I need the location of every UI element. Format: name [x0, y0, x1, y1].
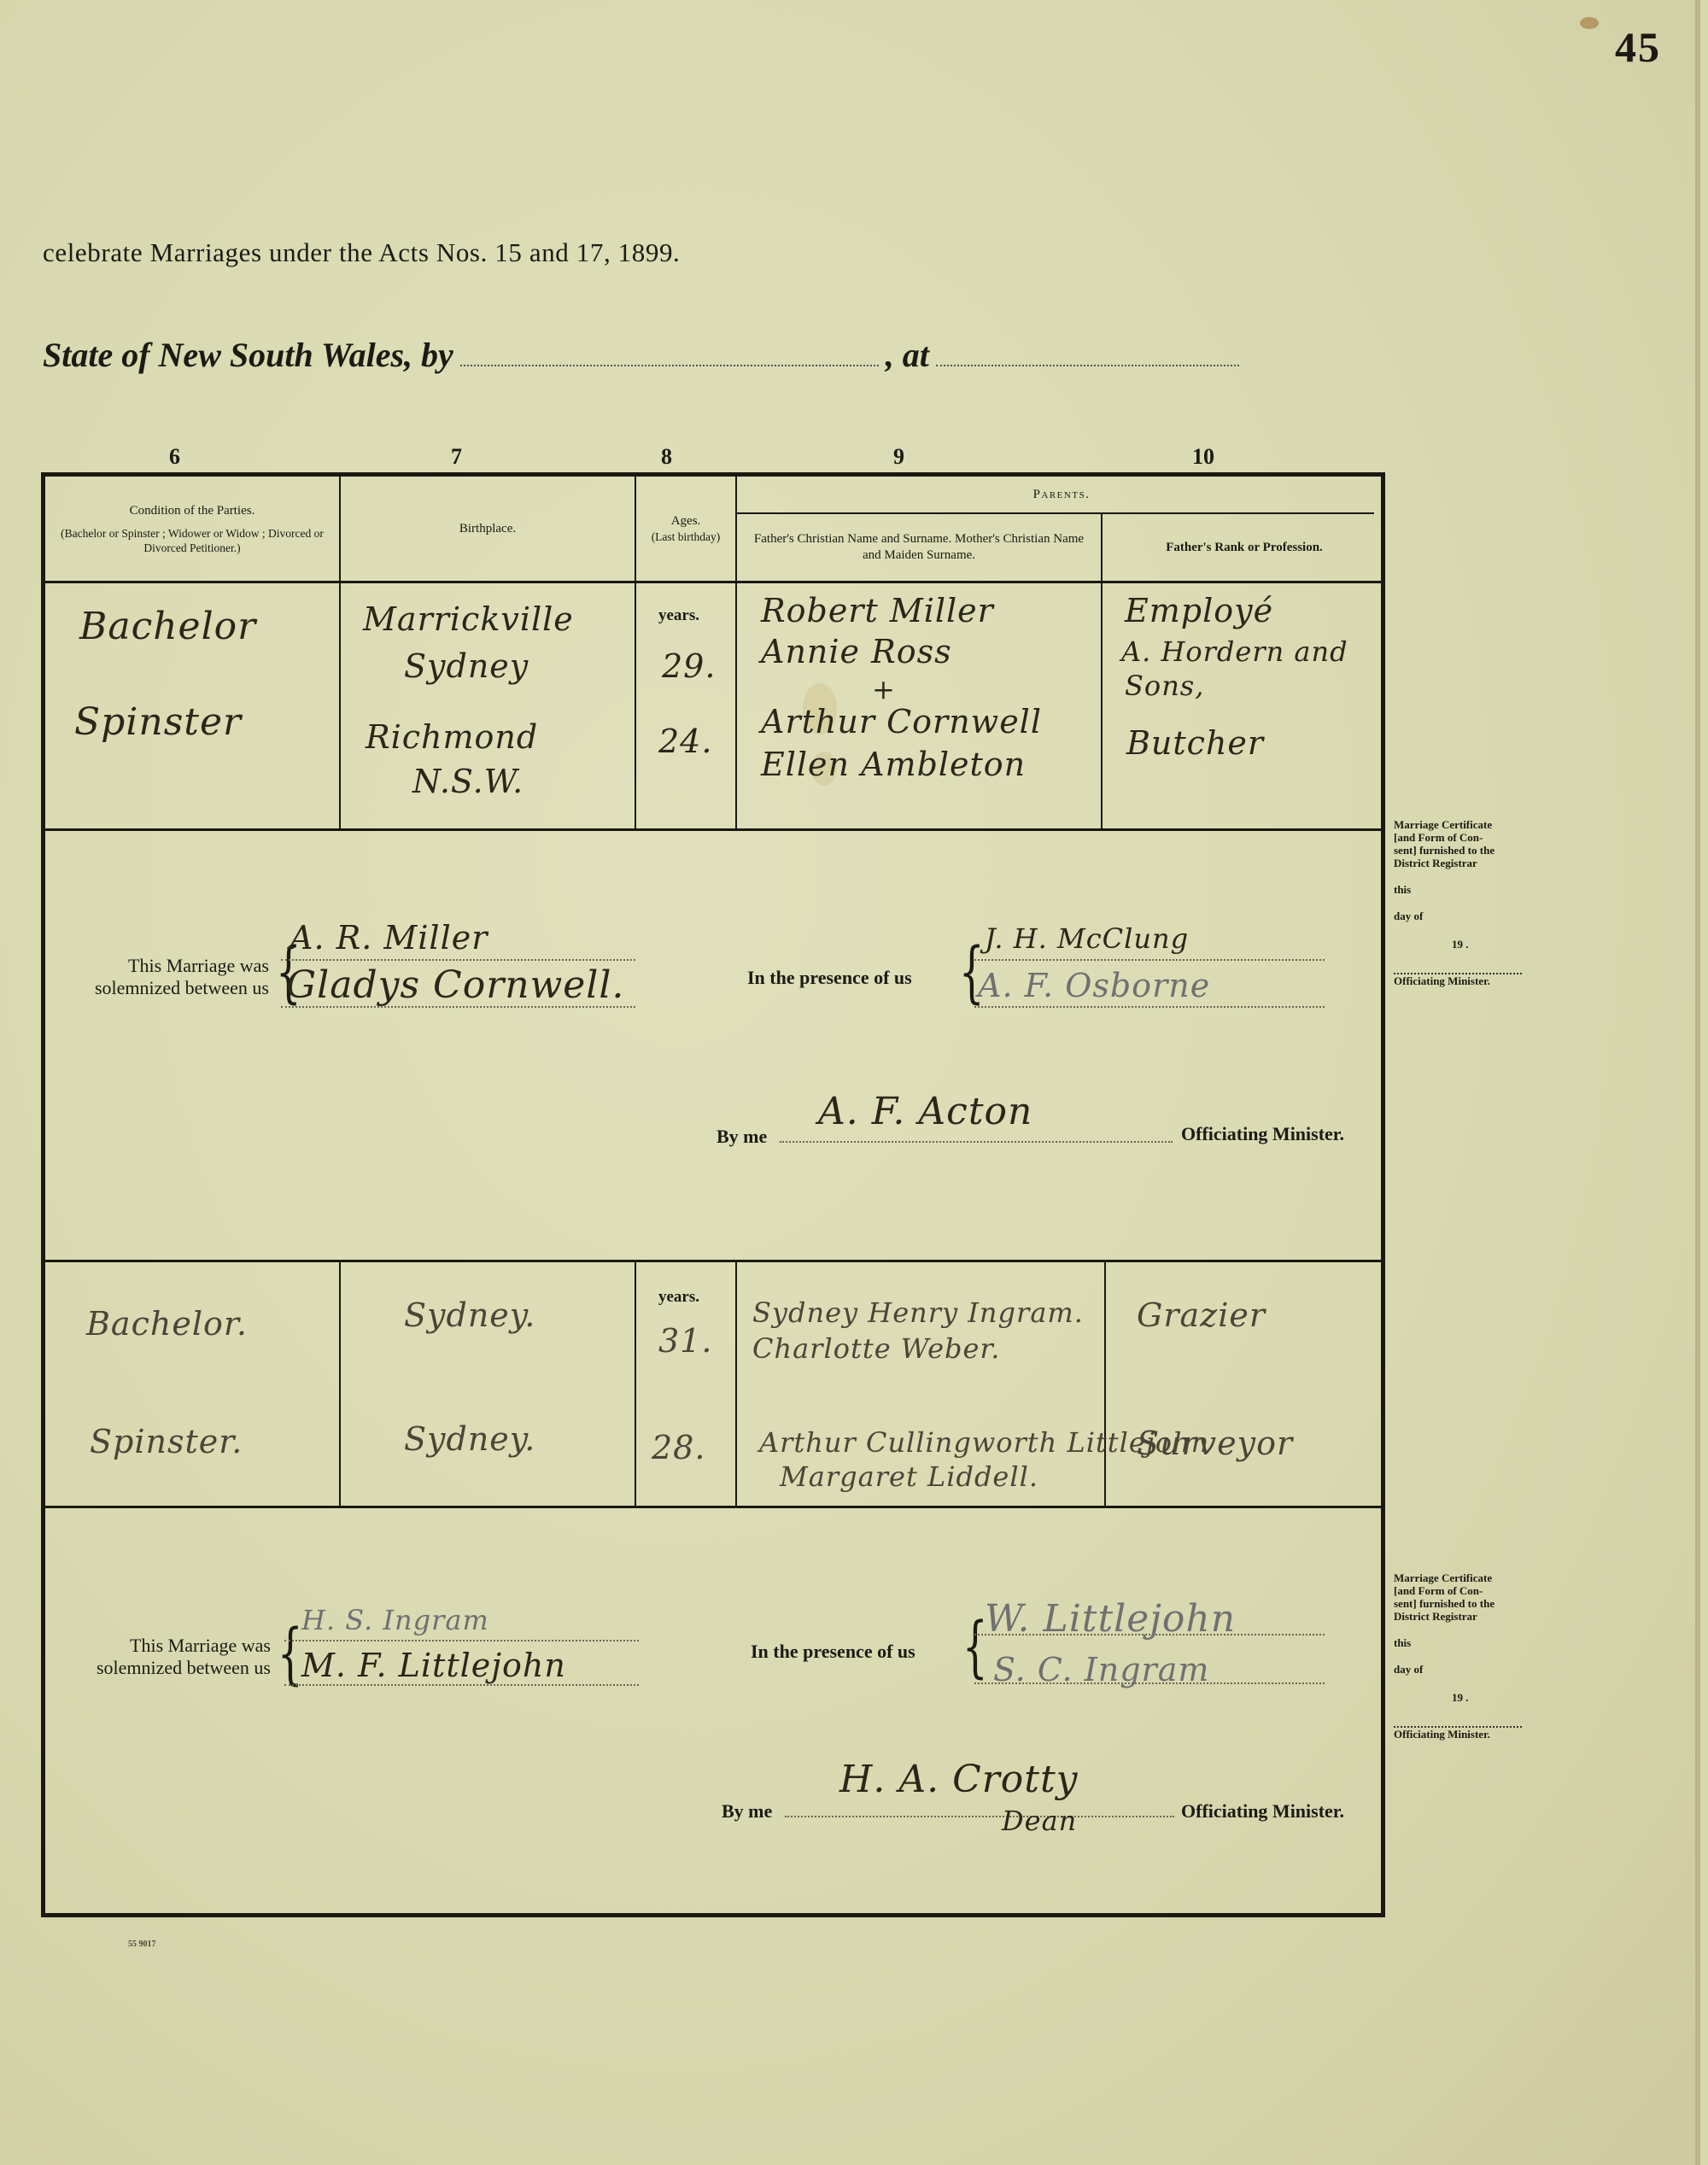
groom-birthplace-1: Marrickville — [363, 600, 574, 638]
solemnized-label: This Marriage was solemnized between us — [45, 955, 269, 999]
groom-condition: Bachelor. — [86, 1305, 248, 1343]
witness1-signature: J. H. McClung — [985, 922, 1189, 955]
bride-age: 24. — [658, 723, 712, 760]
groom-father-profession-3: Sons, — [1125, 670, 1204, 702]
header-father-profession: Father's Rank or Profession. — [1103, 514, 1386, 581]
condition-subtitle: (Bachelor or Spinster ; Widower or Widow… — [45, 526, 339, 555]
page-number: 45 — [1615, 22, 1661, 72]
marriage-register-table: Condition of the Parties. (Bachelor or S… — [41, 472, 1385, 1917]
column-number-6: 6 — [169, 444, 180, 470]
column-number-10: 10 — [1192, 444, 1214, 470]
margin-line: sent] furnished to the — [1394, 844, 1539, 857]
bride-birthplace-1: Richmond — [366, 718, 538, 756]
by-field[interactable] — [460, 341, 879, 366]
bride-signature-line[interactable] — [284, 1684, 639, 1686]
header-divider — [45, 581, 1381, 583]
minister-signature: H. A. Crotty — [839, 1758, 1079, 1801]
groom-mother: Charlotte Weber. — [752, 1332, 1000, 1365]
minister-signature-line[interactable] — [780, 1141, 1173, 1143]
presence-label: In the presence of us — [747, 967, 912, 989]
header-parents: Parents. — [737, 477, 1386, 512]
groom-signature: A. R. Miller — [290, 919, 488, 957]
minister-signature: A. F. Acton — [818, 1090, 1032, 1133]
groom-mother: Annie Ross — [761, 633, 952, 670]
margin-day-of: day of — [1394, 1663, 1539, 1676]
solemnized-line-1: This Marriage was — [45, 1635, 271, 1657]
margin-minister-label: Officiating Minister. — [1394, 1728, 1539, 1741]
groom-signature-line[interactable] — [281, 959, 635, 961]
margin-minister-label: Officiating Minister. — [1394, 974, 1539, 987]
bride-mother: Ellen Ambleton — [761, 746, 1026, 783]
minister-title: Dean — [1002, 1805, 1077, 1837]
margin-note-2: Marriage Certificate [and Form of Con- s… — [1394, 1571, 1539, 1741]
ages-title: Ages. — [671, 513, 701, 530]
bride-father-profession: Butcher — [1126, 724, 1264, 762]
witness2-signature: A. F. Osborne — [978, 967, 1210, 1004]
officiating-minister-label: Officiating Minister. — [1181, 1800, 1344, 1823]
col-divider — [635, 1261, 636, 1507]
register-page: 45 celebrate Marriages under the Acts No… — [0, 0, 1700, 2165]
margin-line: [and Form of Con- — [1394, 831, 1539, 844]
groom-birthplace-2: Sydney — [404, 647, 529, 685]
margin-line: District Registrar — [1394, 857, 1539, 869]
ink-spot — [1580, 17, 1599, 29]
header-condition: Condition of the Parties. (Bachelor or S… — [45, 477, 339, 581]
minister-signature-line[interactable] — [785, 1816, 1174, 1817]
groom-father: Sydney Henry Ingram. — [752, 1296, 1084, 1329]
witness1-signature: W. Littlejohn — [985, 1597, 1236, 1641]
bride-mother: Margaret Liddell. — [780, 1460, 1038, 1493]
sig1-divider — [45, 1260, 1381, 1262]
ages-subtitle: (Last birthday) — [652, 530, 721, 544]
condition-title: Condition of the Parties. — [130, 503, 255, 519]
margin-line: Marriage Certificate — [1394, 818, 1539, 831]
solemnized-line-1: This Marriage was — [45, 955, 269, 977]
groom-father-profession: Grazier — [1137, 1296, 1266, 1334]
groom-condition: Bachelor — [79, 605, 256, 648]
header-birthplace: Birthplace. — [341, 477, 635, 581]
margin-line: [and Form of Con- — [1394, 1584, 1539, 1597]
groom-signature-line[interactable] — [284, 1640, 639, 1641]
col-divider — [735, 1261, 737, 1507]
witness1-signature-line[interactable] — [974, 959, 1325, 961]
years-label: years. — [658, 606, 699, 625]
solemnized-label: This Marriage was solemnized between us — [45, 1635, 271, 1679]
entry1-divider — [45, 828, 1381, 831]
state-prefix: State of New South Wales, by — [43, 335, 453, 375]
margin-this: this — [1394, 1636, 1539, 1649]
column-number-7: 7 — [451, 444, 462, 470]
header-ages: Ages. (Last birthday) — [636, 477, 735, 581]
form-header-text: celebrate Marriages under the Acts Nos. … — [43, 237, 680, 268]
witness2-signature: S. C. Ingram — [993, 1651, 1209, 1688]
witness2-signature-line[interactable] — [974, 1006, 1325, 1008]
margin-year: 19 . — [1394, 1691, 1539, 1704]
column-number-9: 9 — [893, 444, 904, 470]
margin-line: sent] furnished to the — [1394, 1597, 1539, 1610]
column-number-8: 8 — [661, 444, 672, 470]
brace-icon: { — [278, 1621, 303, 1688]
header-parent-names: Father's Christian Name and Surname. Mot… — [737, 514, 1101, 581]
groom-father-profession-2: A. Hordern and — [1121, 635, 1348, 668]
years-label: years. — [658, 1288, 699, 1307]
officiating-minister-label: Officiating Minister. — [1181, 1123, 1344, 1145]
at-field[interactable] — [936, 341, 1239, 366]
groom-father-profession-1: Employé — [1125, 592, 1273, 629]
margin-line: District Registrar — [1394, 1610, 1539, 1623]
col-divider — [1104, 1261, 1106, 1507]
by-me-label: By me — [717, 1126, 767, 1148]
groom-age: 29. — [662, 647, 716, 685]
col-divider — [339, 1261, 341, 1507]
groom-father: Robert Miller — [761, 592, 994, 629]
state-line: State of New South Wales, by , at — [43, 335, 1239, 375]
solemnized-line-2: solemnized between us — [45, 977, 269, 999]
groom-birthplace: Sydney. — [404, 1296, 535, 1334]
bride-father-profession: Surveyor — [1137, 1425, 1293, 1462]
by-me-label: By me — [722, 1800, 772, 1823]
state-at: , at — [886, 335, 929, 375]
bride-condition: Spinster. — [90, 1423, 243, 1460]
form-code: 55 9017 — [128, 1940, 156, 1949]
bride-father: Arthur Cornwell — [761, 703, 1042, 740]
margin-day-of: day of — [1394, 910, 1539, 922]
presence-label: In the presence of us — [751, 1641, 915, 1663]
bride-signature: Gladys Cornwell. — [286, 963, 624, 1007]
entry2-divider — [45, 1506, 1381, 1508]
margin-this: this — [1394, 883, 1539, 896]
bride-age: 28. — [652, 1429, 705, 1466]
bride-birthplace: Sydney. — [404, 1420, 535, 1458]
mark-cross: + — [872, 673, 896, 705]
bride-condition: Spinster — [74, 700, 242, 744]
groom-signature: H. S. Ingram — [301, 1604, 489, 1636]
margin-note-1: Marriage Certificate [and Form of Con- s… — [1394, 818, 1539, 987]
margin-line: Marriage Certificate — [1394, 1571, 1539, 1584]
solemnized-line-2: solemnized between us — [45, 1657, 271, 1679]
groom-age: 31. — [658, 1322, 712, 1360]
bride-birthplace-2: N.S.W. — [412, 763, 524, 800]
bride-signature: M. F. Littlejohn — [301, 1647, 566, 1684]
margin-year: 19 . — [1394, 938, 1539, 951]
